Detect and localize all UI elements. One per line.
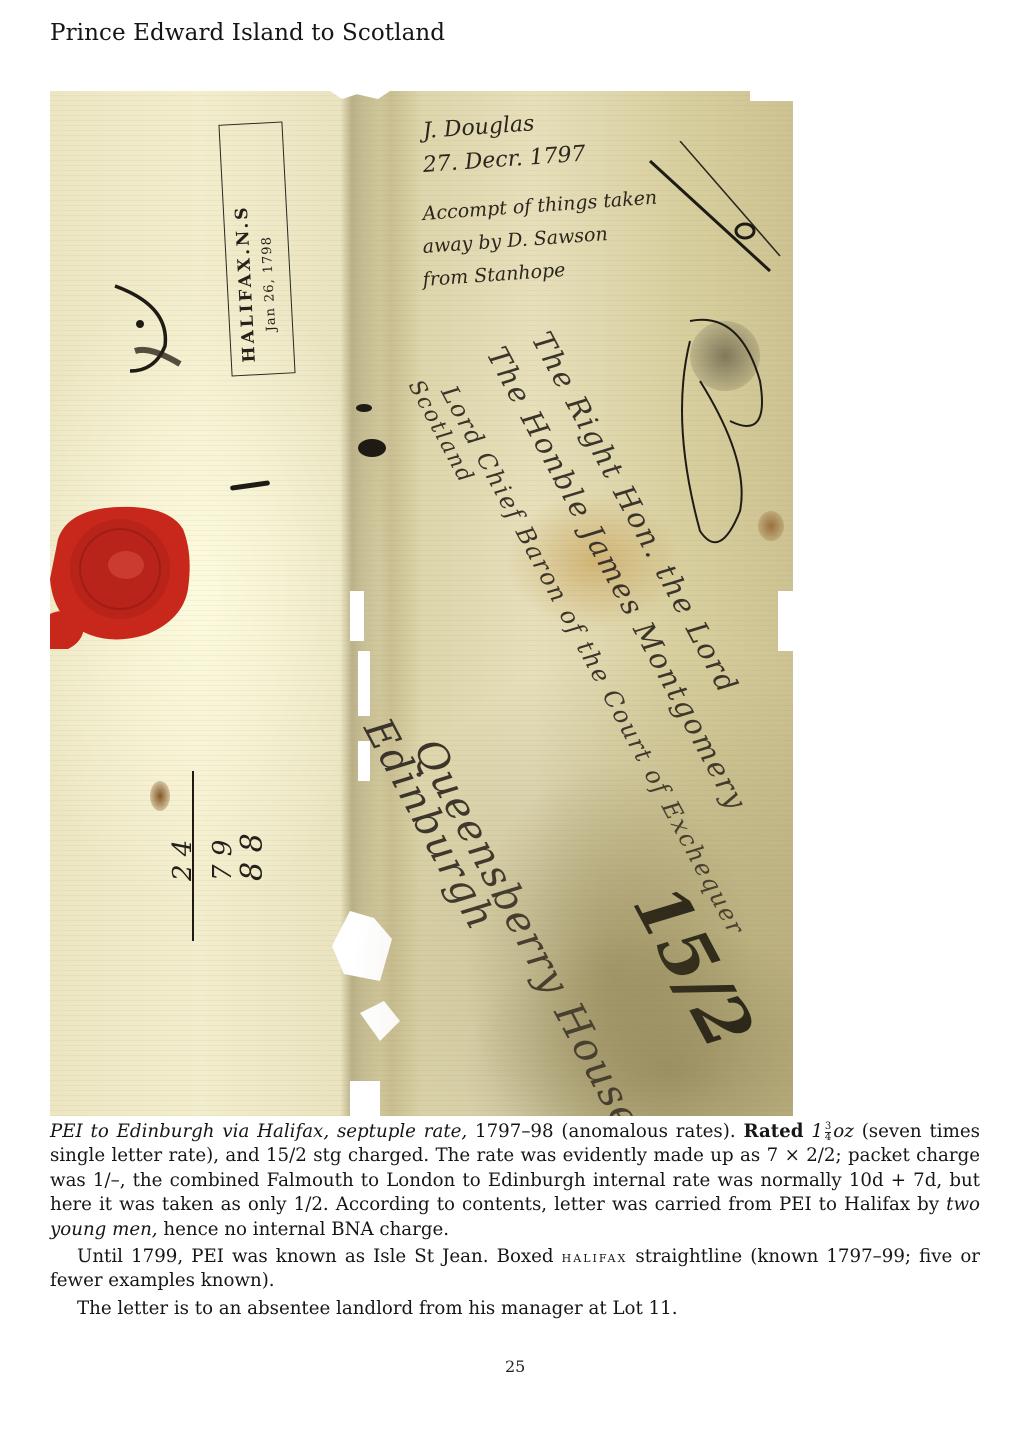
fraction-numerator: 3 bbox=[825, 1122, 831, 1133]
caption-paragraph: Until 1799, PEI was known as Isle St Jea… bbox=[50, 1245, 980, 1294]
docket-line: Accompt of things taken bbox=[422, 187, 658, 225]
docket-line: from Stanhope bbox=[422, 259, 566, 291]
paper-tear bbox=[360, 1001, 400, 1041]
figure-caption: PEI to Edinburgh via Halifax, septuple r… bbox=[50, 1120, 980, 1324]
rust-stain bbox=[150, 781, 170, 811]
caption-text: hence no internal BNA charge. bbox=[163, 1219, 449, 1240]
paper-tear bbox=[358, 651, 370, 716]
halifax-smallcaps: HALIFAX bbox=[562, 1247, 628, 1266]
docket-line: away by D. Sawson bbox=[422, 223, 608, 258]
fraction-denominator: 4 bbox=[825, 1133, 831, 1143]
wax-seal-icon bbox=[50, 499, 198, 649]
rated-unit: oz bbox=[833, 1121, 854, 1142]
rated-whole: 1 bbox=[811, 1121, 823, 1142]
postmark-date: Jan 26, 1798 bbox=[259, 236, 279, 332]
ink-strokes-icon bbox=[630, 141, 790, 561]
tally-mark: 7 9 bbox=[208, 840, 238, 881]
ink-blot bbox=[356, 404, 372, 412]
caption-text: (anomalous rates). bbox=[561, 1121, 735, 1142]
paper-tear bbox=[778, 591, 793, 651]
tally-mark: 2 4 bbox=[168, 840, 198, 881]
caption-years: 1797–98 bbox=[475, 1121, 554, 1142]
docket-line: 27. Decr. 1797 bbox=[422, 142, 586, 178]
rated-fraction: 34 bbox=[825, 1122, 831, 1143]
running-title: Prince Edward Island to Scotland bbox=[50, 20, 445, 46]
ink-blot bbox=[358, 439, 386, 457]
address-line: Edinburgh bbox=[354, 711, 504, 939]
rate-marking: 15/2 bbox=[617, 871, 771, 1062]
postmark-town: HALIFAX.N.S bbox=[232, 204, 260, 363]
rated-label: Rated bbox=[743, 1121, 803, 1142]
ink-flourish-icon bbox=[110, 276, 200, 386]
caption-text: The letter is to an absentee landlord fr… bbox=[77, 1298, 678, 1319]
caption-paragraph: The letter is to an absentee landlord fr… bbox=[50, 1297, 980, 1321]
page-number: 25 bbox=[505, 1357, 525, 1376]
docket-line: J. Douglas bbox=[422, 111, 535, 144]
caption-lead: PEI to Edinburgh via Halifax, septuple r… bbox=[50, 1121, 467, 1142]
ink-blot bbox=[230, 480, 270, 491]
letter-photograph: HALIFAX.N.S Jan 26, 1798 J. Douglas 27. … bbox=[50, 91, 793, 1116]
paper-tear bbox=[358, 741, 370, 781]
caption-text: Until 1799, PEI was known as Isle St Jea… bbox=[77, 1246, 554, 1267]
paper-tear bbox=[350, 591, 364, 641]
caption-paragraph: PEI to Edinburgh via Halifax, septuple r… bbox=[50, 1120, 980, 1242]
tally-mark: 8 8 bbox=[235, 833, 270, 881]
halifax-postmark: HALIFAX.N.S Jan 26, 1798 bbox=[218, 121, 295, 376]
paper-tear bbox=[350, 1081, 380, 1116]
paper-tear bbox=[750, 91, 793, 101]
address-line: Queensberry House bbox=[404, 731, 650, 1116]
